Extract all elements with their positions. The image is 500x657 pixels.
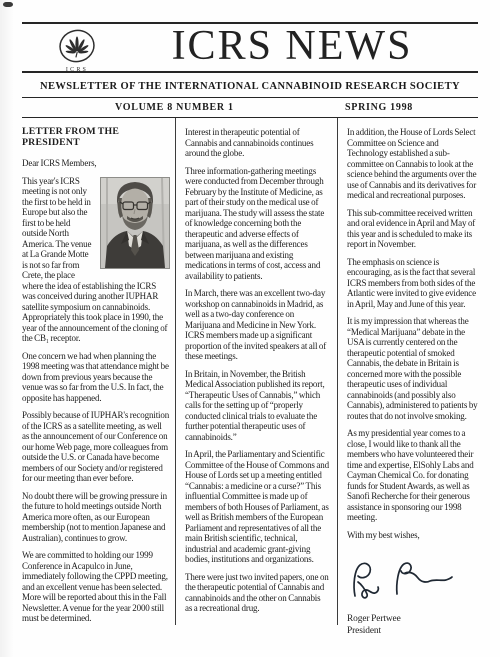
signer-name: Roger Pertwee [347,614,480,626]
president-photo [100,177,170,269]
paragraph: As my presidential year comes to a close… [347,428,480,523]
scan-artifact [3,2,13,7]
paragraph: In April, the Parliamentary and Scientif… [185,449,329,565]
newsletter-page: ICRS ICRS NEWS NEWSLETTER OF THE INTERNA… [0,0,500,657]
icrs-logo: ICRS [57,27,97,73]
column-middle: Interest in therapeutic potential of Can… [185,127,329,621]
letter-heading: LETTER FROM THE PRESIDENT [22,127,170,148]
newsletter-subtitle: NEWSLETTER OF THE INTERNATIONAL CANNABIN… [0,81,500,92]
signer-title: President [347,626,480,638]
paragraph: Interest in therapeutic potential of Can… [185,127,329,159]
paragraph: One concern we had when planning the 199… [22,351,170,404]
paragraph: Three information-gathering meetings wer… [185,166,329,282]
paragraph: This sub-committee received written and … [347,208,480,250]
signature-image [347,556,480,602]
column-left: LETTER FROM THE PRESIDENT Dear ICRS Memb… [22,127,170,631]
column-right: In addition, the House of Lords Select C… [347,127,480,637]
paragraph: In addition, the House of Lords Select C… [347,127,480,201]
paragraph: In Britain, in November, the British Med… [185,369,329,443]
volume-label: VOLUME 8 NUMBER 1 [115,102,234,113]
paragraph: We are committed to holding our 1999 Con… [22,550,170,624]
paragraph: The emphasis on science is encouraging, … [347,257,480,310]
column-divider [337,118,338,625]
issue-date-label: SPRING 1998 [345,102,413,113]
cannabis-leaf-icon: ICRS [57,27,97,73]
paragraph: This year's ICRS meeting is not only the… [22,176,170,344]
closing-line: With my best wishes, [347,530,480,541]
paragraph: No doubt there will be growing pressure … [22,491,170,544]
divider [22,117,478,118]
paragraph: In March, there was an excellent two-day… [185,288,329,362]
paragraph: It is my impression that whereas the “Me… [347,316,480,421]
column-divider [175,118,176,625]
paragraph: There were just two invited papers, one … [185,572,329,614]
paragraph: Possibly because of IUPHAR's recognition… [22,410,170,484]
divider [22,97,478,98]
newsletter-title: ICRS NEWS [100,22,484,70]
divider [22,71,478,73]
salutation: Dear ICRS Members, [22,158,170,169]
